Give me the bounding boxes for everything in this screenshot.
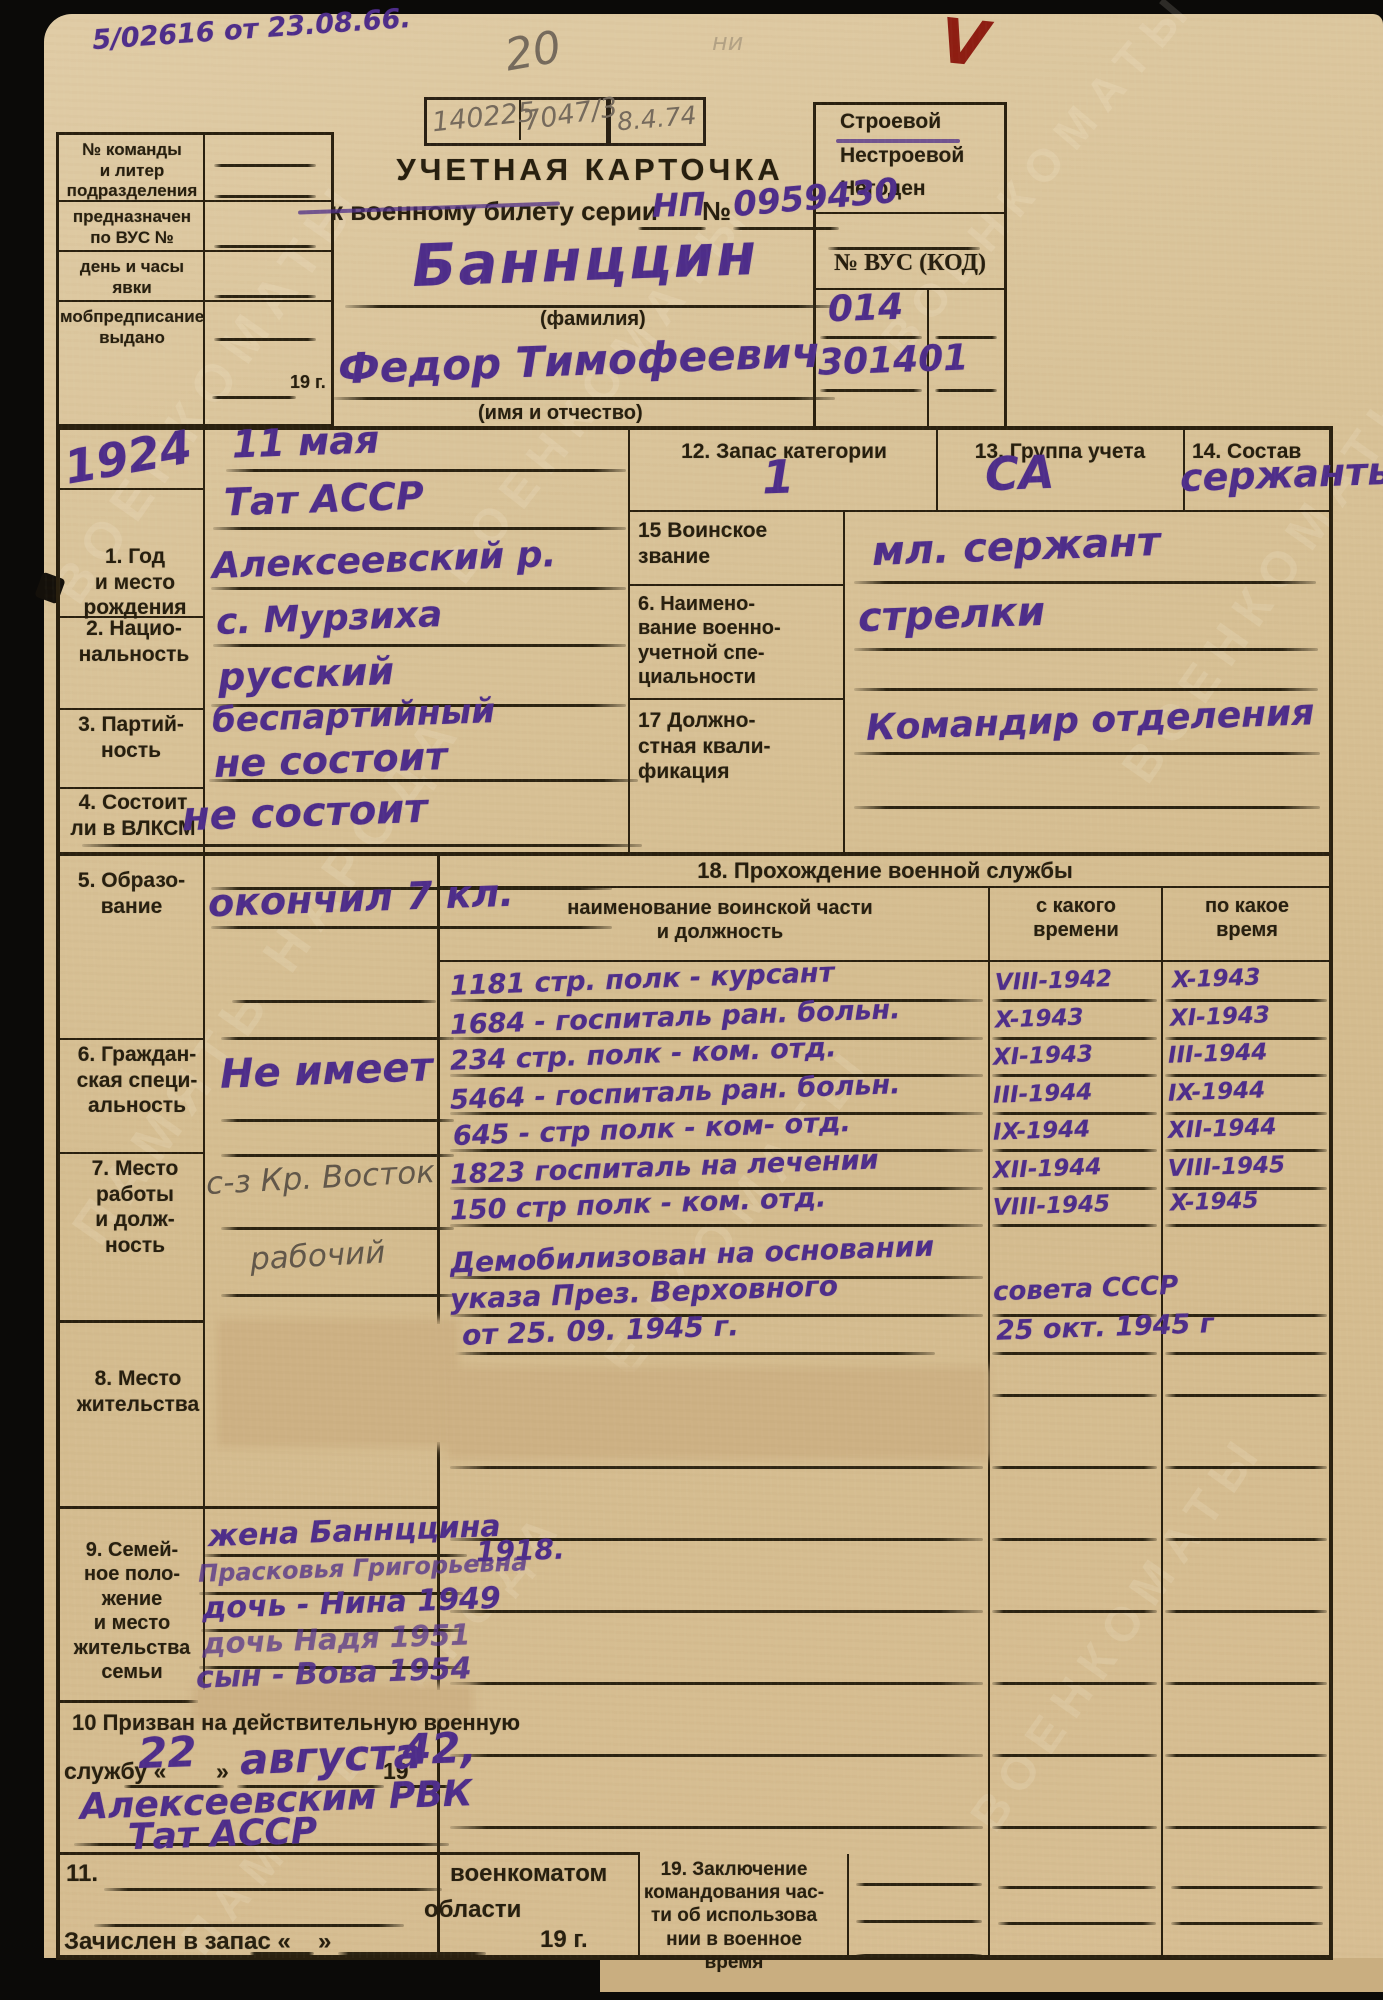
rule-line [1165, 1754, 1327, 1757]
service-row-from: IX-1944 [993, 1116, 1091, 1145]
section11-year: 19 г. [540, 1926, 588, 1954]
rule-line [1171, 1956, 1323, 1959]
service-row-from: VIII-1942 [995, 966, 1113, 996]
rule-line [232, 1000, 436, 1003]
service-row-to: X-1945 [1170, 1187, 1259, 1216]
rule-line [992, 1682, 1157, 1685]
rule-line [854, 806, 1320, 809]
border-line [628, 510, 1333, 512]
service-row-from: XI-1943 [993, 1041, 1094, 1070]
surname-value: Баннццин [411, 220, 759, 300]
rule-line [856, 1954, 982, 1957]
series-value: НП [651, 185, 706, 225]
border-line [813, 102, 1007, 105]
rule-line [1165, 1466, 1327, 1469]
section11-num: 11. [66, 1860, 98, 1888]
rule-line [450, 1682, 983, 1685]
rule-line [214, 338, 316, 341]
rule-line [213, 644, 626, 647]
section15-label: 15 Воинское звание [638, 518, 838, 569]
rule-line [935, 389, 997, 392]
rule-line [1165, 1352, 1327, 1355]
rule-line [820, 389, 922, 392]
rule-line [450, 1224, 983, 1227]
left-box-row3-label: день и часы явки [60, 257, 204, 298]
rule-line [1165, 1682, 1327, 1685]
rule-line [854, 648, 1318, 651]
fitness-option-stroevoy: Строевой [840, 110, 941, 134]
border-line [56, 132, 59, 427]
border-line [628, 584, 845, 586]
vus-code-2: 301401 [817, 337, 969, 383]
service-row-to: XII-1944 [1168, 1114, 1277, 1144]
redacted-area [452, 1372, 984, 1454]
section11-zachislen: Зачислен в запас « [64, 1928, 291, 1956]
service-row-to: III-1944 [1168, 1039, 1268, 1068]
border-line [813, 102, 816, 428]
rule-line [998, 1956, 1156, 1959]
rule-line [992, 1538, 1157, 1541]
conscription-year: 42, [401, 1723, 477, 1775]
rule-line [992, 1187, 1157, 1190]
service-col1-header: наименование воинской части и должность [460, 896, 980, 945]
rule-line [226, 469, 626, 472]
section13-label: 13. Группа учета [940, 440, 1180, 464]
rule-line [992, 1466, 1157, 1469]
service-col3-header: по какое время [1163, 894, 1331, 943]
vus-code-1: 014 [827, 287, 904, 331]
red-checkmark: V [936, 4, 991, 82]
card-title: УЧЕТНАЯ КАРТОЧКА [370, 152, 810, 188]
rule-line [992, 1352, 1157, 1355]
surname-caption: (фамилия) [540, 308, 646, 331]
rule-line [221, 1037, 454, 1040]
rule-line [856, 1920, 982, 1923]
service-col2-header: с какого времени [990, 894, 1162, 943]
border-line [56, 852, 1333, 856]
border-line [56, 708, 205, 710]
section8-label: 8. Место жительства [68, 1366, 208, 1417]
left-box-row2-label: предназначен по ВУС № [60, 207, 204, 248]
rule-line [1165, 1394, 1327, 1397]
party-value-2: не состоит [213, 734, 448, 786]
rule-line [214, 295, 316, 298]
rule-line [854, 581, 1316, 584]
section11-voenkomatom: военкоматом [450, 1860, 607, 1888]
birth-entry-2: Тат АССР [223, 474, 424, 525]
border-line [628, 698, 845, 700]
rule-line [94, 1924, 404, 1927]
rule-line [450, 1754, 983, 1757]
account-group-value: СА [984, 445, 1055, 501]
border-line [847, 1854, 849, 1958]
border-line [56, 787, 205, 789]
composition-value: сержанты, [1179, 448, 1383, 500]
border-line [56, 1320, 205, 1323]
rule-line [856, 1883, 982, 1886]
section17-label: 17 Должно- стная квали- фикация [638, 708, 838, 785]
border-line [56, 132, 334, 135]
workplace-value-2: рабочий [249, 1234, 386, 1277]
rule-line [450, 1826, 983, 1829]
border-line [56, 1038, 205, 1040]
border-line [56, 300, 333, 302]
rule-line [212, 396, 296, 399]
left-box-row4-label: мобпредписание выдано [60, 307, 204, 348]
rule-line [992, 1826, 1157, 1829]
border-line [56, 1506, 440, 1509]
border-line [1161, 888, 1163, 1956]
section19-label: 19. Заключение командования час- ти об и… [628, 1858, 840, 1974]
service-row-to: X-1943 [1172, 964, 1261, 993]
rule-line [992, 1754, 1157, 1757]
service-row-from: XII-1944 [993, 1154, 1102, 1184]
section3-label: 3. Партий- ность [66, 712, 196, 763]
rule-line [213, 527, 626, 530]
rule-line [998, 1886, 1156, 1889]
border-line [628, 430, 630, 854]
conscription-day: 22 [137, 1727, 197, 1778]
pencil-number: 20 [501, 22, 565, 82]
border-line [56, 250, 333, 252]
rule-line [221, 1119, 454, 1122]
rule-line [992, 999, 1157, 1002]
vus-code-label: № ВУС (КОД) [822, 250, 998, 277]
redacted-area [222, 1324, 454, 1442]
fitness-option-nestroevoy: Нестроевой [840, 144, 964, 168]
rule-line [221, 1227, 454, 1230]
rule-line [1165, 1826, 1327, 1829]
rule-line [998, 1922, 1156, 1925]
fitness-underline [836, 139, 960, 143]
border-line [331, 132, 334, 427]
rule-line [450, 1466, 983, 1469]
rule-line [992, 1610, 1157, 1613]
rule-line [992, 1074, 1157, 1077]
border-line [1329, 426, 1333, 1960]
left-box-row1-label: № команды и литер подразделения [60, 140, 204, 202]
reserve-category-value: 1 [761, 449, 795, 504]
nationality-value: русский [217, 649, 395, 699]
section9-label: 9. Семей- ное поло- жение и место житель… [62, 1538, 202, 1684]
civil-specialty-value: Не имеет [219, 1044, 433, 1097]
rule-line [82, 844, 642, 847]
border-line [1004, 102, 1007, 428]
rule-line [211, 587, 626, 590]
section7-label: 7. Место работы и долж- ность [70, 1156, 200, 1258]
service-row-from: X-1943 [995, 1004, 1084, 1033]
rule-line [1171, 1922, 1323, 1925]
rule-line [992, 1149, 1157, 1152]
service-row-from: III-1944 [993, 1079, 1093, 1108]
border-line [843, 512, 845, 854]
rule-line [1171, 1886, 1323, 1889]
birth-entry-4: с. Мурзиха [215, 594, 443, 643]
border-line [56, 426, 60, 1960]
service-row-to: VIII-1945 [1168, 1152, 1286, 1182]
service-row-from: VIII-1945 [993, 1191, 1111, 1221]
rule-line [450, 1610, 983, 1613]
section11-oblasti: области [424, 1896, 521, 1924]
rule-line [1165, 1074, 1327, 1077]
rule-line [104, 1888, 442, 1891]
conscription-region: Тат АССР [127, 1811, 318, 1859]
rule-line [221, 1294, 454, 1297]
border-line [988, 888, 990, 1956]
rule-line [992, 1037, 1157, 1040]
rule-line [455, 1352, 935, 1355]
rule-line [992, 1224, 1157, 1227]
rule-line [338, 1952, 486, 1955]
left-box-year-suffix: 19 г. [290, 372, 326, 393]
rule-line [1165, 1149, 1327, 1152]
border-line [437, 960, 1332, 962]
rule-line [214, 245, 316, 248]
service-row-to: XI-1943 [1170, 1002, 1271, 1031]
rule-line [992, 1394, 1157, 1397]
section16-label: 6. Наимено- вание военно- учетной спе- ц… [638, 592, 843, 690]
registration-card-scan: ВОЕНКОМАТЫ ВОЕНКОМАТЫ ВОЕНКОМАТЫ ВОЕНКОМ… [0, 0, 1383, 2000]
service-table-title: 18. Прохождение военной службы [438, 858, 1332, 884]
rule-line [854, 752, 1320, 755]
birth-entry-1: 11 мая [231, 417, 380, 466]
section5-label: 5. Образо- вание [64, 868, 199, 919]
rule-line [992, 1112, 1157, 1115]
rule-line [1165, 999, 1327, 1002]
rule-line [1165, 1610, 1327, 1613]
border-line [56, 1152, 205, 1154]
border-line [936, 430, 938, 512]
section11-quote: » [318, 1928, 331, 1956]
specialty-name-value: стрелки [857, 589, 1046, 642]
rule-line [214, 195, 316, 198]
rule-line [214, 164, 316, 167]
rule-line [1165, 1538, 1327, 1541]
section2-label: 2. Нацио- нальность [64, 616, 204, 667]
given-names-caption: (имя и отчество) [478, 402, 643, 425]
section1-label: 1. Год и место рождения [70, 544, 200, 621]
rule-line [1165, 1224, 1327, 1227]
section6-label: 6. Граждан- ская специ- альность [62, 1042, 212, 1119]
pencil-scribble: ни [712, 28, 743, 56]
vlksm-value: не состоит [181, 786, 428, 841]
rule-line [854, 688, 1318, 691]
service-row-to: IX-1944 [1168, 1077, 1266, 1106]
rule-line [333, 397, 835, 400]
family-entry-year: 1918. [475, 1532, 565, 1568]
